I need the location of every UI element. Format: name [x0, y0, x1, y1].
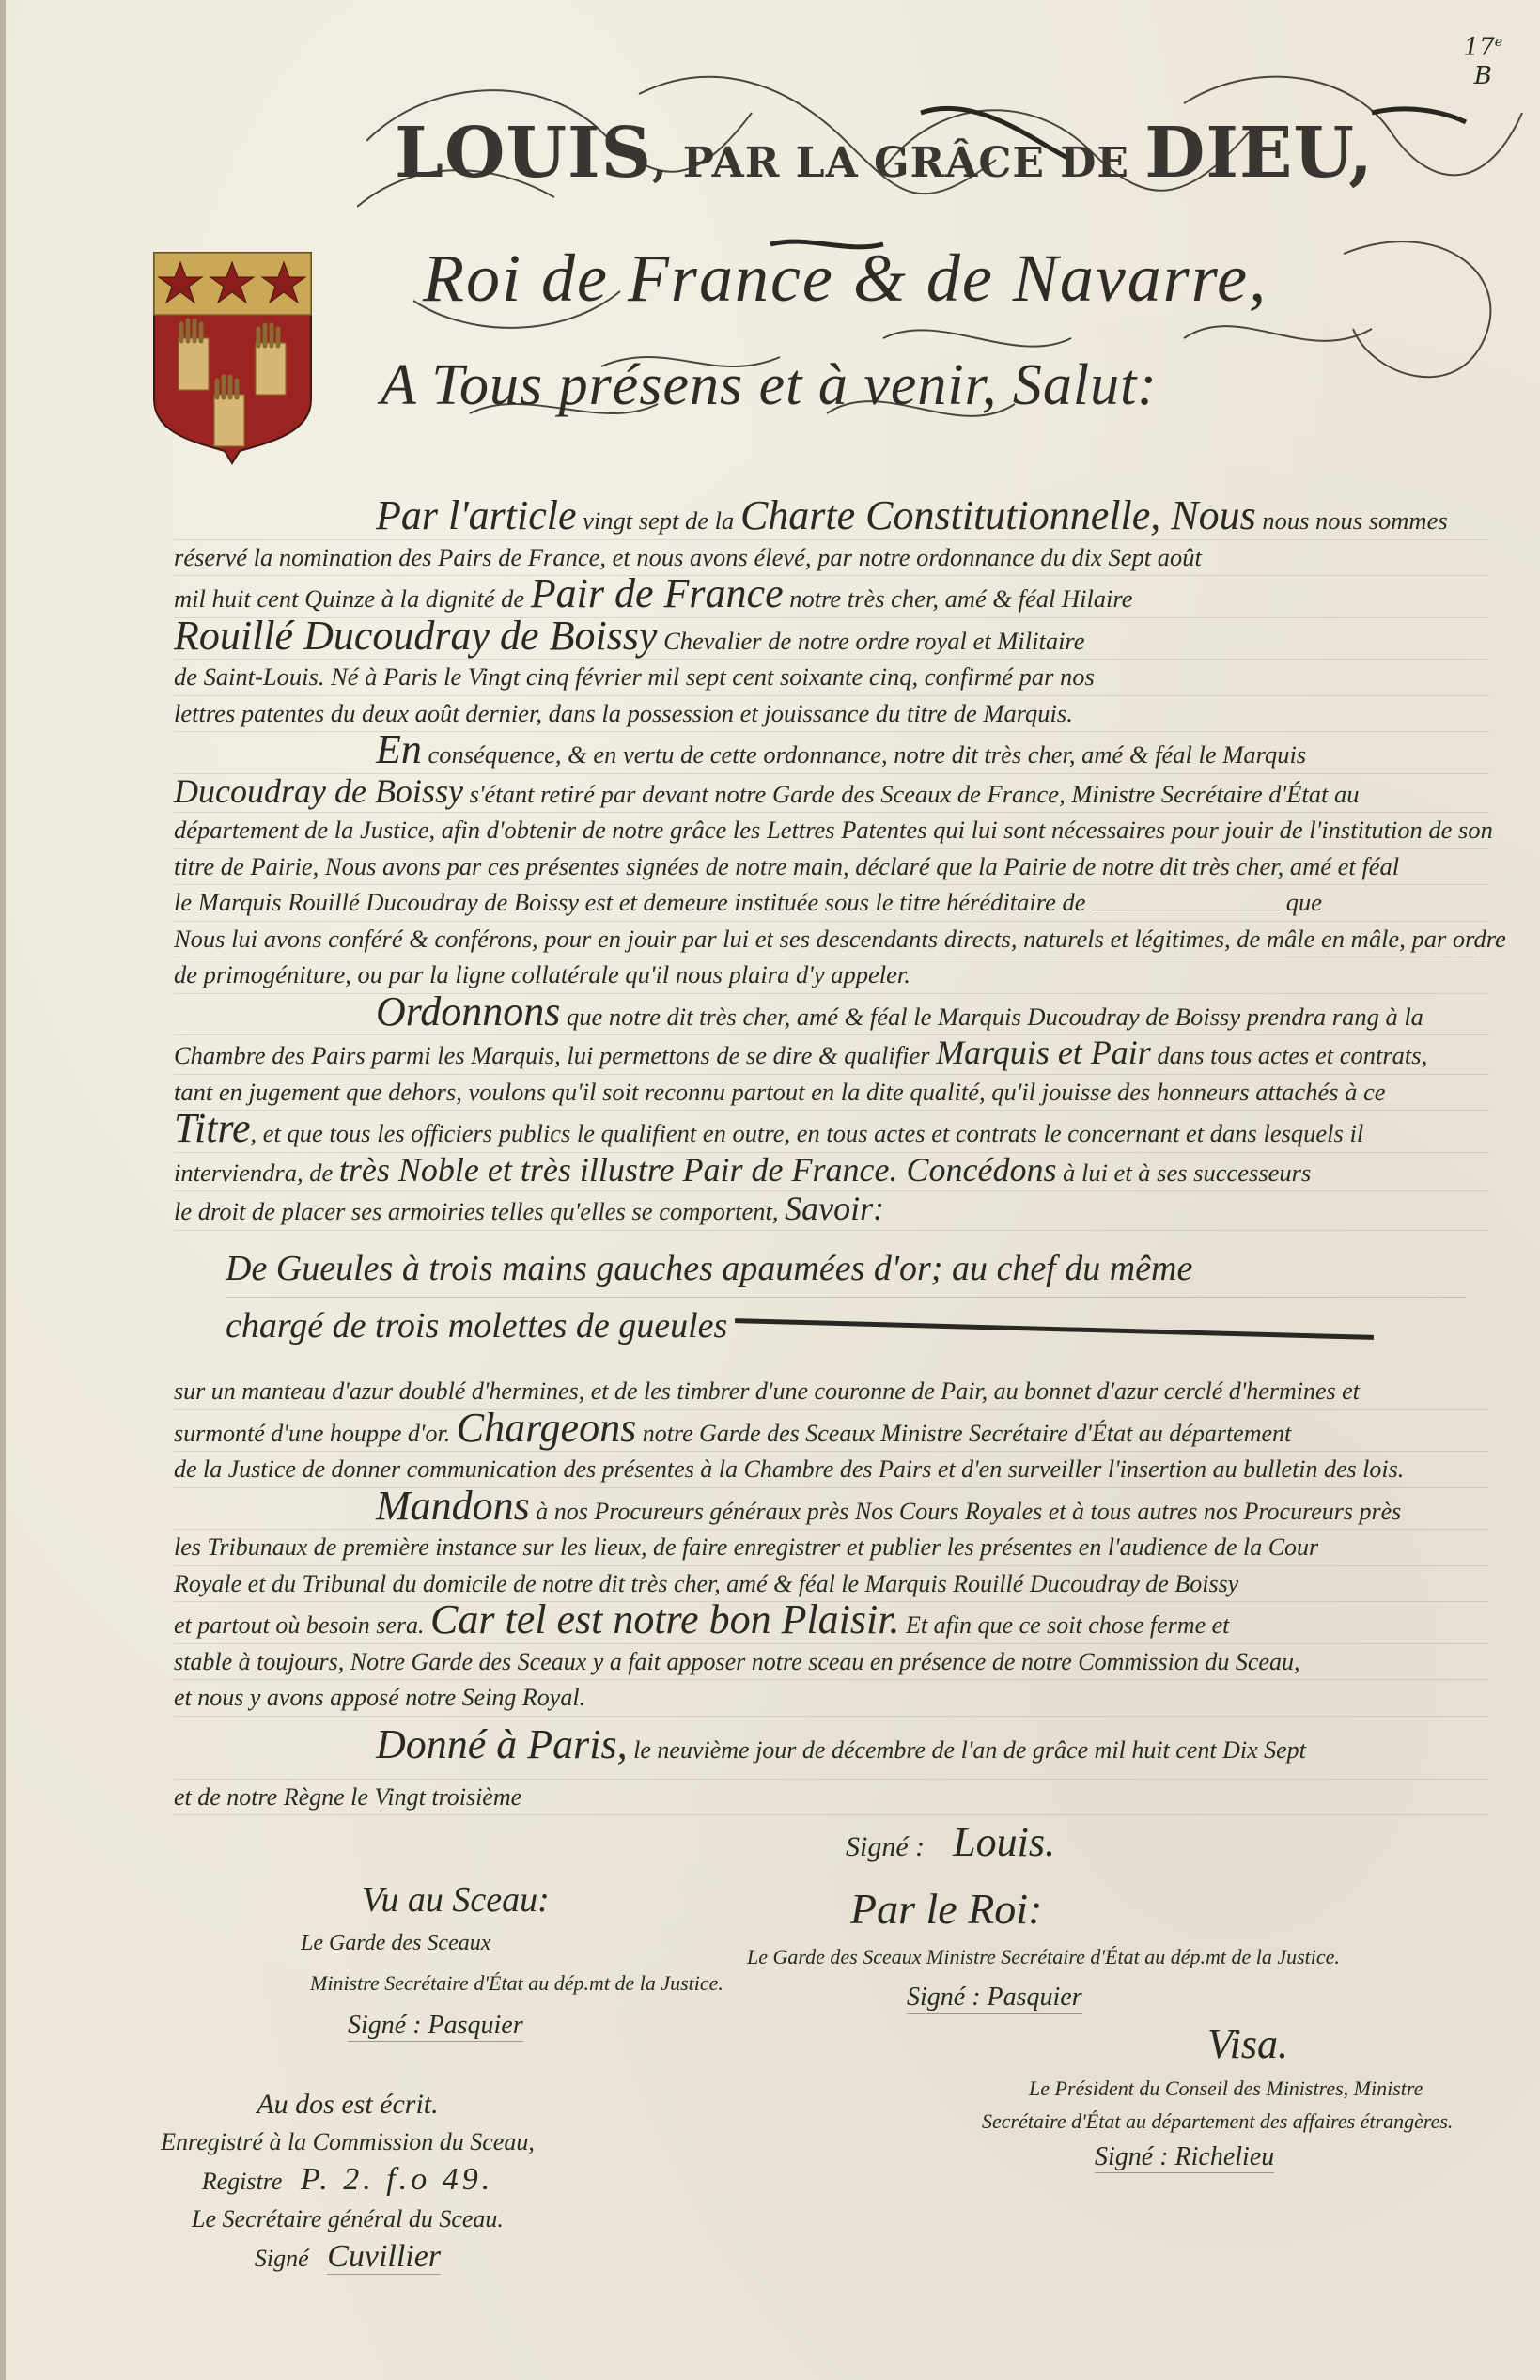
peer-name: Rouillé Ducoudray de Boissy [174, 613, 657, 659]
text-line: département de la Justice, afin d'obteni… [174, 813, 1489, 849]
endorsement-line: Le Secrétaire général du Sceau. [85, 2201, 611, 2238]
text: de primogéniture, ou par la ligne collat… [174, 960, 910, 988]
text-line: réservé la nomination des Pairs de Franc… [174, 540, 1489, 577]
text: Chevalier de notre ordre royal et Milita… [657, 627, 1084, 655]
text: Royale et du Tribunal du domicile de not… [174, 1570, 1238, 1597]
text: de la Justice de donner communication de… [174, 1455, 1404, 1483]
initial-phrase: Donné à Paris, [376, 1721, 628, 1767]
text-line: de primogéniture, ou par la ligne collat… [174, 957, 1489, 994]
text: et de notre Règne le Vingt troisième [174, 1783, 521, 1811]
text: , et que tous les officiers publics le q… [251, 1119, 1364, 1147]
blazon-text: chargé de trois molettes de gueules [226, 1306, 727, 1346]
folio-number: 17e B [1464, 28, 1502, 90]
text: réservé la nomination des Pairs de Franc… [174, 543, 1202, 571]
text: que [1280, 888, 1322, 916]
text: Chambre des Pairs parmi les Marquis, lui… [174, 1041, 936, 1069]
emphasis: Pair de France [531, 570, 784, 616]
emphasis: Car tel est notre bon Plaisir. [430, 1596, 900, 1642]
seal-line-2: Ministre Secrétaire d'État au dép.mt de … [310, 1971, 723, 1996]
text-line: de la Justice de donner communication de… [174, 1452, 1489, 1488]
emphasis: très Noble et très illustre Pair de Fran… [339, 1151, 1057, 1189]
text: interviendra, de [174, 1159, 339, 1187]
seal-title: Vu au Sceau: [362, 1879, 550, 1921]
text: Et afin que ce soit chose ferme et [900, 1611, 1230, 1639]
initial-phrase: En [376, 726, 422, 772]
endorsement: Au dos est écrit. Enregistré à la Commis… [85, 2086, 611, 2278]
title-dieu: DIEU [1144, 113, 1348, 194]
text-line: Ducoudray de Boissy s'étant retiré par d… [174, 774, 1489, 814]
coat-of-arms-icon [150, 249, 315, 465]
blazon-line: De Gueules à trois mains gauches apaumée… [226, 1240, 1466, 1298]
endorsement-signature: Signé Cuvillier [85, 2238, 611, 2278]
emphasis: Marquis et Pair [936, 1034, 1151, 1071]
text-line: Titre, et que tous les officiers publics… [174, 1111, 1489, 1153]
par-le-roi-title: Par le Roi: [850, 1884, 1042, 1934]
title-line-2: Roi de France & de Navarre, [423, 240, 1268, 318]
text: nous nous sommes [1256, 506, 1448, 535]
text-line: surmonté d'une houppe d'or. Chargeons no… [174, 1410, 1489, 1453]
text-line: les Tribunaux de première instance sur l… [174, 1530, 1489, 1566]
folio-mark: B [1464, 62, 1502, 90]
line-filler [735, 1318, 1374, 1340]
signed-label: Signé : [846, 1831, 925, 1862]
text: vingt sept de la [577, 506, 740, 535]
text-line: et de notre Règne le Vingt troisième [174, 1780, 1489, 1816]
text: le Marquis Rouillé Ducoudray de Boissy e… [174, 888, 1085, 916]
king-signature: Signé :Louis. [846, 1818, 1055, 1866]
text: stable à toujours, Notre Garde des Sceau… [174, 1648, 1299, 1675]
visa-line-2: Secrétaire d'État au département des aff… [982, 2109, 1453, 2134]
text-line: Rouillé Ducoudray de Boissy Chevalier de… [174, 618, 1489, 661]
text: s'étant retiré par devant notre Garde de… [463, 780, 1360, 808]
initial-phrase: Par l'article [376, 492, 577, 538]
text: notre Garde des Sceaux Ministre Secrétai… [636, 1420, 1291, 1447]
text-line: et partout où besoin sera. Car tel est n… [174, 1602, 1489, 1644]
text-line: le Marquis Rouillé Ducoudray de Boissy e… [174, 885, 1489, 922]
folio-number-text: 17 [1464, 34, 1495, 62]
text: surmonté d'une houppe d'or. [174, 1420, 457, 1447]
par-le-roi-line: Le Garde des Sceaux Ministre Secrétaire … [747, 1945, 1340, 1969]
visa-signature: Signé : Richelieu [1095, 2142, 1274, 2173]
emphasis: Savoir: [785, 1190, 884, 1227]
text-line: Par l'article vingt sept de la Charte Co… [174, 498, 1489, 540]
text-line: En conséquence, & en vertu de cette ordo… [174, 732, 1489, 774]
title-line-3: A Tous présens et à venir, Salut: [381, 352, 1158, 419]
emphasis: Charte Constitutionnelle, Nous [740, 492, 1256, 538]
text-line: Nous lui avons conféré & conférons, pour… [174, 922, 1489, 958]
blank-field [1092, 910, 1280, 910]
title-comma: , [1348, 113, 1374, 194]
text-line: titre de Pairie, Nous avons par ces prés… [174, 849, 1489, 886]
text-line: interviendra, de très Noble et très illu… [174, 1153, 1489, 1192]
text: notre très cher, amé & féal Hilaire [784, 584, 1133, 613]
text-line: Chambre des Pairs parmi les Marquis, lui… [174, 1035, 1489, 1075]
signature-name: Louis. [953, 1819, 1055, 1865]
text-line: Mandons à nos Procureurs généraux près N… [174, 1488, 1489, 1531]
text: dans tous actes et contrats, [1151, 1041, 1427, 1069]
text: le droit de placer ses armoiries telles … [174, 1197, 785, 1225]
endorsement-line: Enregistré à la Commission du Sceau, [85, 2123, 611, 2161]
par-le-roi-signature: Signé : Pasquier [907, 1983, 1082, 2014]
text-line: tant en jugement que dehors, voulons qu'… [174, 1075, 1489, 1112]
text: le neuvième jour de décembre de l'an de … [628, 1736, 1306, 1764]
folio-suffix: e [1495, 35, 1502, 50]
text: tant en jugement que dehors, voulons qu'… [174, 1078, 1386, 1106]
registre-label: Registre [202, 2168, 283, 2195]
text-line: de Saint-Louis. Né à Paris le Vingt cinq… [174, 660, 1489, 696]
text: et partout où besoin sera. [174, 1611, 430, 1639]
text: mil huit cent Quinze à la dignité de [174, 584, 531, 613]
text: de Saint-Louis. Né à Paris le Vingt cinq… [174, 662, 1095, 691]
text: lettres patentes du deux août dernier, d… [174, 699, 1073, 727]
initial-phrase: Mandons [376, 1483, 530, 1529]
text-line: et nous y avons apposé notre Seing Royal… [174, 1680, 1489, 1717]
visa-title: Visa. [1207, 2020, 1288, 2068]
text: à lui et à ses successeurs [1056, 1159, 1311, 1187]
signed-label: Signé [255, 2245, 309, 2272]
text: Nous lui avons conféré & conférons, pour… [174, 925, 1506, 953]
endorsement-title: Au dos est écrit. [85, 2086, 611, 2123]
text-line: Donné à Paris, le neuvième jour de décem… [174, 1717, 1489, 1780]
main-text-continued: sur un manteau d'azur doublé d'hermines,… [174, 1374, 1489, 1815]
title-louis: LOUIS [395, 113, 652, 194]
registre-value: P. 2. f.o 49. [301, 2162, 493, 2197]
text: conséquence, & en vertu de cette ordonna… [422, 740, 1306, 769]
emphasis: Titre [174, 1105, 251, 1151]
text-line: lettres patentes du deux août dernier, d… [174, 696, 1489, 733]
text: les Tribunaux de première instance sur l… [174, 1533, 1318, 1561]
seal-line-1: Le Garde des Sceaux [301, 1931, 490, 1956]
text-line: le droit de placer ses armoiries telles … [174, 1191, 1489, 1231]
seal-signature: Signé : Pasquier [348, 2011, 523, 2042]
text-line: sur un manteau d'azur doublé d'hermines,… [174, 1374, 1489, 1410]
text: titre de Pairie, Nous avons par ces prés… [174, 852, 1399, 880]
text: sur un manteau d'azur doublé d'hermines,… [174, 1377, 1360, 1405]
text: que notre dit très cher, amé & féal le M… [560, 1003, 1423, 1031]
initial-phrase: Ordonnons [376, 988, 560, 1034]
emphasis: Chargeons [457, 1405, 637, 1451]
peer-name: Ducoudray de Boissy [174, 772, 463, 810]
text: et nous y avons apposé notre Seing Royal… [174, 1684, 585, 1711]
main-text: Par l'article vingt sept de la Charte Co… [174, 498, 1489, 1231]
registre-line: Registre P. 2. f.o 49. [85, 2161, 611, 2201]
letters-patent-page: 17e B LOUIS, PAR LA GRÂCE DE DIEU, Roi d… [0, 0, 1540, 2380]
blazon-line: chargé de trois molettes de gueules [226, 1298, 1466, 1354]
blazon: De Gueules à trois mains gauches apaumée… [226, 1240, 1466, 1354]
text: à nos Procureurs généraux près Nos Cours… [530, 1498, 1402, 1525]
title-line-1: LOUIS, PAR LA GRÂCE DE DIEU, [395, 113, 1485, 194]
text: département de la Justice, afin d'obteni… [174, 816, 1493, 844]
text-line: stable à toujours, Notre Garde des Sceau… [174, 1644, 1489, 1681]
visa-line-1: Le Président du Conseil des Ministres, M… [1029, 2077, 1423, 2101]
title-par-la-grace: , PAR LA GRÂCE DE [652, 139, 1144, 187]
text-line: Ordonnons que notre dit très cher, amé &… [174, 994, 1489, 1036]
signature-name: Cuvillier [327, 2239, 441, 2275]
